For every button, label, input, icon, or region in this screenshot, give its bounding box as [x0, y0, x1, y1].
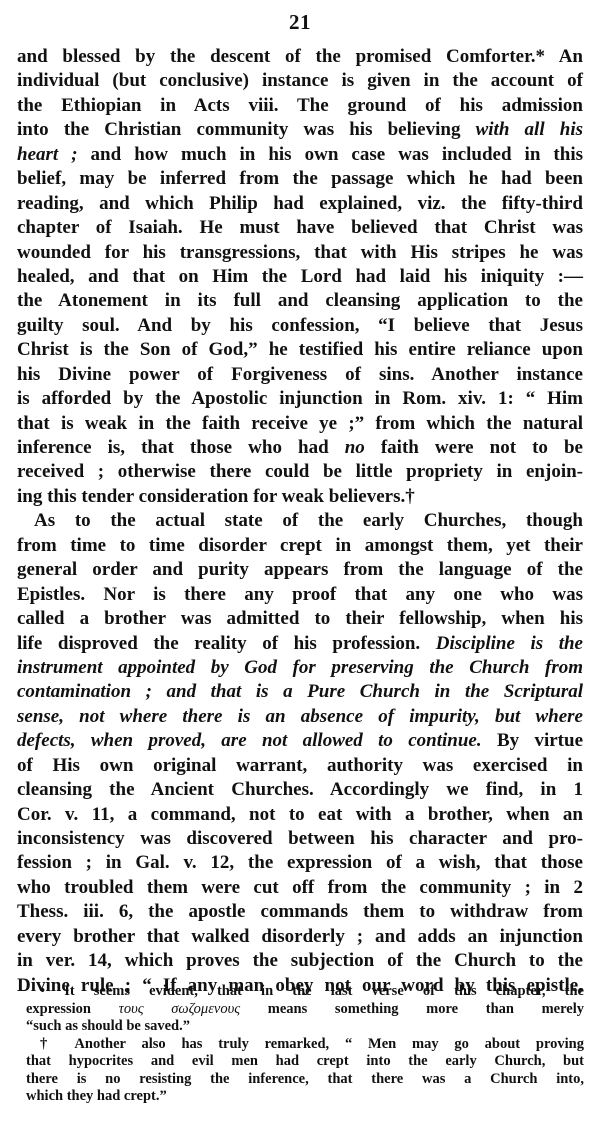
- text-line: into the Christian community was his bel…: [17, 118, 583, 142]
- text-line: healed, and that on Him the Lord had lai…: [17, 265, 583, 289]
- text-line: instrument appointed by God for preservi…: [17, 656, 583, 680]
- text-line: who troubled them were cut off from the …: [17, 876, 583, 900]
- italic-text: τους σωζομενους: [119, 1001, 241, 1017]
- text-segment: cleansing the Ancient Churches. Accordin…: [17, 779, 583, 800]
- text-segment: inference is, that those who had: [17, 437, 345, 458]
- text-line: ing this tender consideration for weak b…: [17, 485, 583, 509]
- scanned-book-page: 21 and blessed by the descent of the pro…: [0, 0, 600, 1132]
- footnote-line: expression τους σωζομενους means somethi…: [26, 1001, 584, 1019]
- text-segment: As to the actual state of the early Chur…: [34, 510, 583, 531]
- footnote-line: “such as should be saved.”: [26, 1018, 584, 1036]
- italic-text: with all his: [476, 119, 583, 140]
- text-segment: who troubled them were cut off from the …: [17, 877, 583, 898]
- text-line: cleansing the Ancient Churches. Accordin…: [17, 778, 583, 802]
- text-line: fession ; in Gal. v. 12, the expression …: [17, 851, 583, 875]
- text-segment: wounded for his transgressions, that wit…: [17, 242, 583, 263]
- text-segment: expression: [26, 1001, 119, 1017]
- text-segment: † Another also has truly remarked, “ Men…: [40, 1036, 584, 1052]
- text-line: contamination ; and that is a Pure Churc…: [17, 680, 583, 704]
- text-segment: general order and purity appears from th…: [17, 559, 583, 580]
- text-line: As to the actual state of the early Chur…: [17, 509, 583, 533]
- text-line: inconsistency was discovered between his…: [17, 827, 583, 851]
- text-segment: means something more than merely: [240, 1001, 584, 1017]
- text-line: received ; otherwise there could be litt…: [17, 460, 583, 484]
- text-line: inference is, that those who had no fait…: [17, 436, 583, 460]
- text-line: called a brother was admitted to their f…: [17, 607, 583, 631]
- text-segment: faith were not to be: [365, 437, 583, 458]
- italic-text: instrument appointed by God for preservi…: [17, 657, 583, 678]
- text-segment: healed, and that on Him the Lord had lai…: [17, 266, 583, 287]
- text-segment: life disproved the reality of his profes…: [17, 633, 436, 654]
- text-line: Thess. iii. 6, the apostle commands them…: [17, 900, 583, 924]
- text-segment: received ; otherwise there could be litt…: [17, 461, 583, 482]
- text-segment: individual (but conclusive) instance is …: [17, 70, 583, 91]
- footnote-line: • It seems evident, that in the last ver…: [26, 983, 584, 1001]
- text-line: Christ is the Son of God,” he testified …: [17, 338, 583, 362]
- text-line: belief, may be inferred from the passage…: [17, 167, 583, 191]
- text-segment: is afforded by the Apostolic injunction …: [17, 388, 583, 409]
- footnote-line: that hypocrites and evil men had crept i…: [26, 1053, 584, 1071]
- text-line: from time to time disorder crept in amon…: [17, 534, 583, 558]
- footnote-line: † Another also has truly remarked, “ Men…: [26, 1036, 584, 1054]
- text-segment: Epistles. Nor is there any proof that an…: [17, 584, 583, 605]
- text-line: Epistles. Nor is there any proof that an…: [17, 583, 583, 607]
- text-segment: “such as should be saved.”: [26, 1018, 190, 1034]
- text-segment: in ver. 14, which proves the subjection …: [17, 950, 583, 971]
- text-line: that is weak in the faith receive ye ;” …: [17, 412, 583, 436]
- text-segment: the Ethiopian in Acts viii. The ground o…: [17, 95, 583, 116]
- page-number: 21: [0, 10, 600, 35]
- text-line: is afforded by the Apostolic injunction …: [17, 387, 583, 411]
- text-segment: Christ is the Son of God,” he testified …: [17, 339, 583, 360]
- text-segment: of His own original warrant, authority w…: [17, 755, 583, 776]
- text-segment: and blessed by the descent of the promis…: [17, 46, 583, 67]
- text-line: general order and purity appears from th…: [17, 558, 583, 582]
- italic-text: no: [345, 437, 365, 458]
- footnote-line: there is no resisting the inference, tha…: [26, 1071, 584, 1089]
- text-line: the Ethiopian in Acts viii. The ground o…: [17, 94, 583, 118]
- text-line: of His own original warrant, authority w…: [17, 754, 583, 778]
- text-segment: called a brother was admitted to their f…: [17, 608, 583, 629]
- text-segment: belief, may be inferred from the passage…: [17, 168, 583, 189]
- text-segment: the Atonement in its full and cleansing …: [17, 290, 583, 311]
- text-segment: inconsistency was discovered between his…: [17, 828, 583, 849]
- text-segment: from time to time disorder crept in amon…: [17, 535, 583, 556]
- text-line: his Divine power of Forgiveness of sins.…: [17, 363, 583, 387]
- text-segment: ing this tender consideration for weak b…: [17, 486, 415, 507]
- text-segment: chapter of Isaiah. He must have believed…: [17, 217, 583, 238]
- text-segment: his Divine power of Forgiveness of sins.…: [17, 364, 583, 385]
- text-segment: that hypocrites and evil men had crept i…: [26, 1053, 584, 1069]
- text-line: chapter of Isaiah. He must have believed…: [17, 216, 583, 240]
- italic-text: Discipline is the: [436, 633, 583, 654]
- text-line: every brother that walked disorderly ; a…: [17, 925, 583, 949]
- italic-text: contamination ; and that is a Pure Churc…: [17, 681, 583, 702]
- text-line: guilty soul. And by his confession, “I b…: [17, 314, 583, 338]
- text-line: sense, not where there is an absence of …: [17, 705, 583, 729]
- text-segment: Cor. v. 11, a command, not to eat with a…: [17, 804, 583, 825]
- text-segment: guilty soul. And by his confession, “I b…: [17, 315, 583, 336]
- italic-text: sense, not where there is an absence of …: [17, 706, 583, 727]
- text-line: reading, and which Philip had explained,…: [17, 192, 583, 216]
- italic-text: heart ;: [17, 144, 78, 165]
- text-segment: By virtue: [482, 730, 583, 751]
- italic-text: defects, when proved, are not allowed to…: [17, 730, 482, 751]
- text-segment: and how much in his own case was include…: [78, 144, 583, 165]
- text-segment: there is no resisting the inference, tha…: [26, 1071, 584, 1087]
- text-line: Cor. v. 11, a command, not to eat with a…: [17, 803, 583, 827]
- text-line: individual (but conclusive) instance is …: [17, 69, 583, 93]
- text-line: the Atonement in its full and cleansing …: [17, 289, 583, 313]
- text-segment: every brother that walked disorderly ; a…: [17, 926, 583, 947]
- text-segment: that is weak in the faith receive ye ;” …: [17, 413, 583, 434]
- text-segment: Thess. iii. 6, the apostle commands them…: [17, 901, 583, 922]
- main-text-block: and blessed by the descent of the promis…: [17, 45, 583, 998]
- footnote-line: which they had crept.”: [26, 1088, 584, 1106]
- text-segment: which they had crept.”: [26, 1088, 167, 1104]
- text-line: and blessed by the descent of the promis…: [17, 45, 583, 69]
- text-segment: • It seems evident, that in the last ver…: [40, 983, 584, 999]
- text-line: life disproved the reality of his profes…: [17, 632, 583, 656]
- text-line: wounded for his transgressions, that wit…: [17, 241, 583, 265]
- text-line: in ver. 14, which proves the subjection …: [17, 949, 583, 973]
- text-line: defects, when proved, are not allowed to…: [17, 729, 583, 753]
- text-segment: fession ; in Gal. v. 12, the expression …: [17, 852, 583, 873]
- text-segment: into the Christian community was his bel…: [17, 119, 476, 140]
- text-line: heart ; and how much in his own case was…: [17, 143, 583, 167]
- footnotes-block: • It seems evident, that in the last ver…: [26, 983, 584, 1106]
- text-segment: reading, and which Philip had explained,…: [17, 193, 583, 214]
